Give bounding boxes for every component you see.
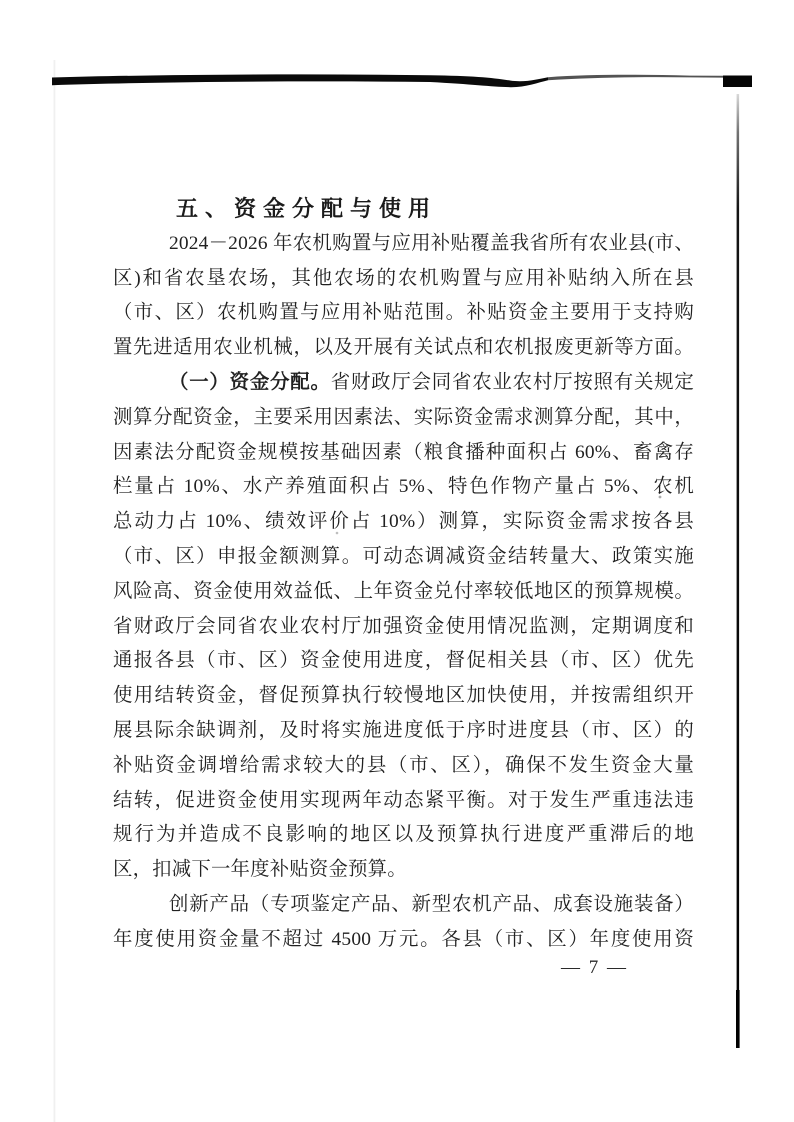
paragraph-line: 因素法分配资金规模按基础因素（粮食播种面积占 60%、畜禽存: [113, 436, 694, 471]
scan-edge-left-line: [54, 60, 56, 1122]
paragraph-line: 展县际余缺调剂，及时将实施进度低于序时进度县（市、区）的: [113, 714, 694, 749]
paragraph-line: 置先进适用农业机械，以及开展有关试点和农机报废更新等方面。: [113, 331, 694, 366]
paragraph-line: 创新产品（专项鉴定产品、新型农机产品、成套设施装备）: [113, 888, 694, 923]
paragraph-line: 规行为并造成不良影响的地区以及预算执行进度严重滞后的地: [113, 818, 694, 853]
page-number: — 7 —: [561, 957, 628, 979]
paragraph-text: 省财政厅会同省农业农村厅按照有关规定: [331, 372, 694, 393]
paragraph-line: 总动力占 10%、绩效评价占 10%）测算，实际资金需求按各县: [113, 505, 694, 540]
paragraph-line: （市、区）农机购置与应用补贴范围。补贴资金主要用于支持购: [113, 296, 694, 331]
scan-artifact-top-line-thin: [548, 75, 750, 80]
paragraph-line: 省财政厅会同省农业农村厅加强资金使用情况监测，定期调度和: [113, 610, 694, 645]
paragraph-line: 通报各县（市、区）资金使用进度，督促相关县（市、区）优先: [113, 644, 694, 679]
paragraph-line: 2024－2026 年农机购置与应用补贴覆盖我省所有农业县(市、: [113, 227, 694, 262]
document-body: 五、资金分配与使用 2024－2026 年农机购置与应用补贴覆盖我省所有农业县(…: [113, 192, 694, 958]
paragraph-line: （一）资金分配。省财政厅会同省农业农村厅按照有关规定: [113, 366, 694, 401]
paragraph-line: （市、区）申报金额测算。可动态调减资金结转量大、政策实施: [113, 540, 694, 575]
scan-artifact-top-right-blob: [723, 76, 752, 88]
section-heading: 五、资金分配与使用: [113, 192, 694, 227]
paragraph-line: 结转，促进资金使用实现两年动态紧平衡。对于发生严重违法违: [113, 784, 694, 819]
paragraph-line: 区)和省农垦农场，其他农场的农机购置与应用补贴纳入所在县: [113, 262, 694, 297]
paragraph-line: 年度使用资金量不超过 4500 万元。各县（市、区）年度使用资: [113, 923, 694, 958]
subsection-label: （一）资金分配。: [169, 372, 331, 393]
scan-artifact-top-line: [52, 74, 548, 87]
paragraph-line: 测算分配资金，主要采用因素法、实际资金需求测算分配，其中，: [113, 401, 694, 436]
scan-artifact-right-line: [737, 94, 740, 1048]
scan-artifact-right-line-bottom: [736, 990, 740, 1048]
paragraph-line: 栏量占 10%、水产养殖面积占 5%、特色作物产量占 5%、农机: [113, 470, 694, 505]
paragraph-line: 区，扣减下一年度补贴资金预算。: [113, 853, 694, 888]
paragraph-line: 风险高、资金使用效益低、上年资金兑付率较低地区的预算规模。: [113, 575, 694, 610]
paragraph-line: 补贴资金调增给需求较大的县（市、区），确保不发生资金大量: [113, 749, 694, 784]
scanned-document-page: 五、资金分配与使用 2024－2026 年农机购置与应用补贴覆盖我省所有农业县(…: [0, 0, 794, 1122]
paragraph-line: 使用结转资金，督促预算执行较慢地区加快使用，并按需组织开: [113, 679, 694, 714]
